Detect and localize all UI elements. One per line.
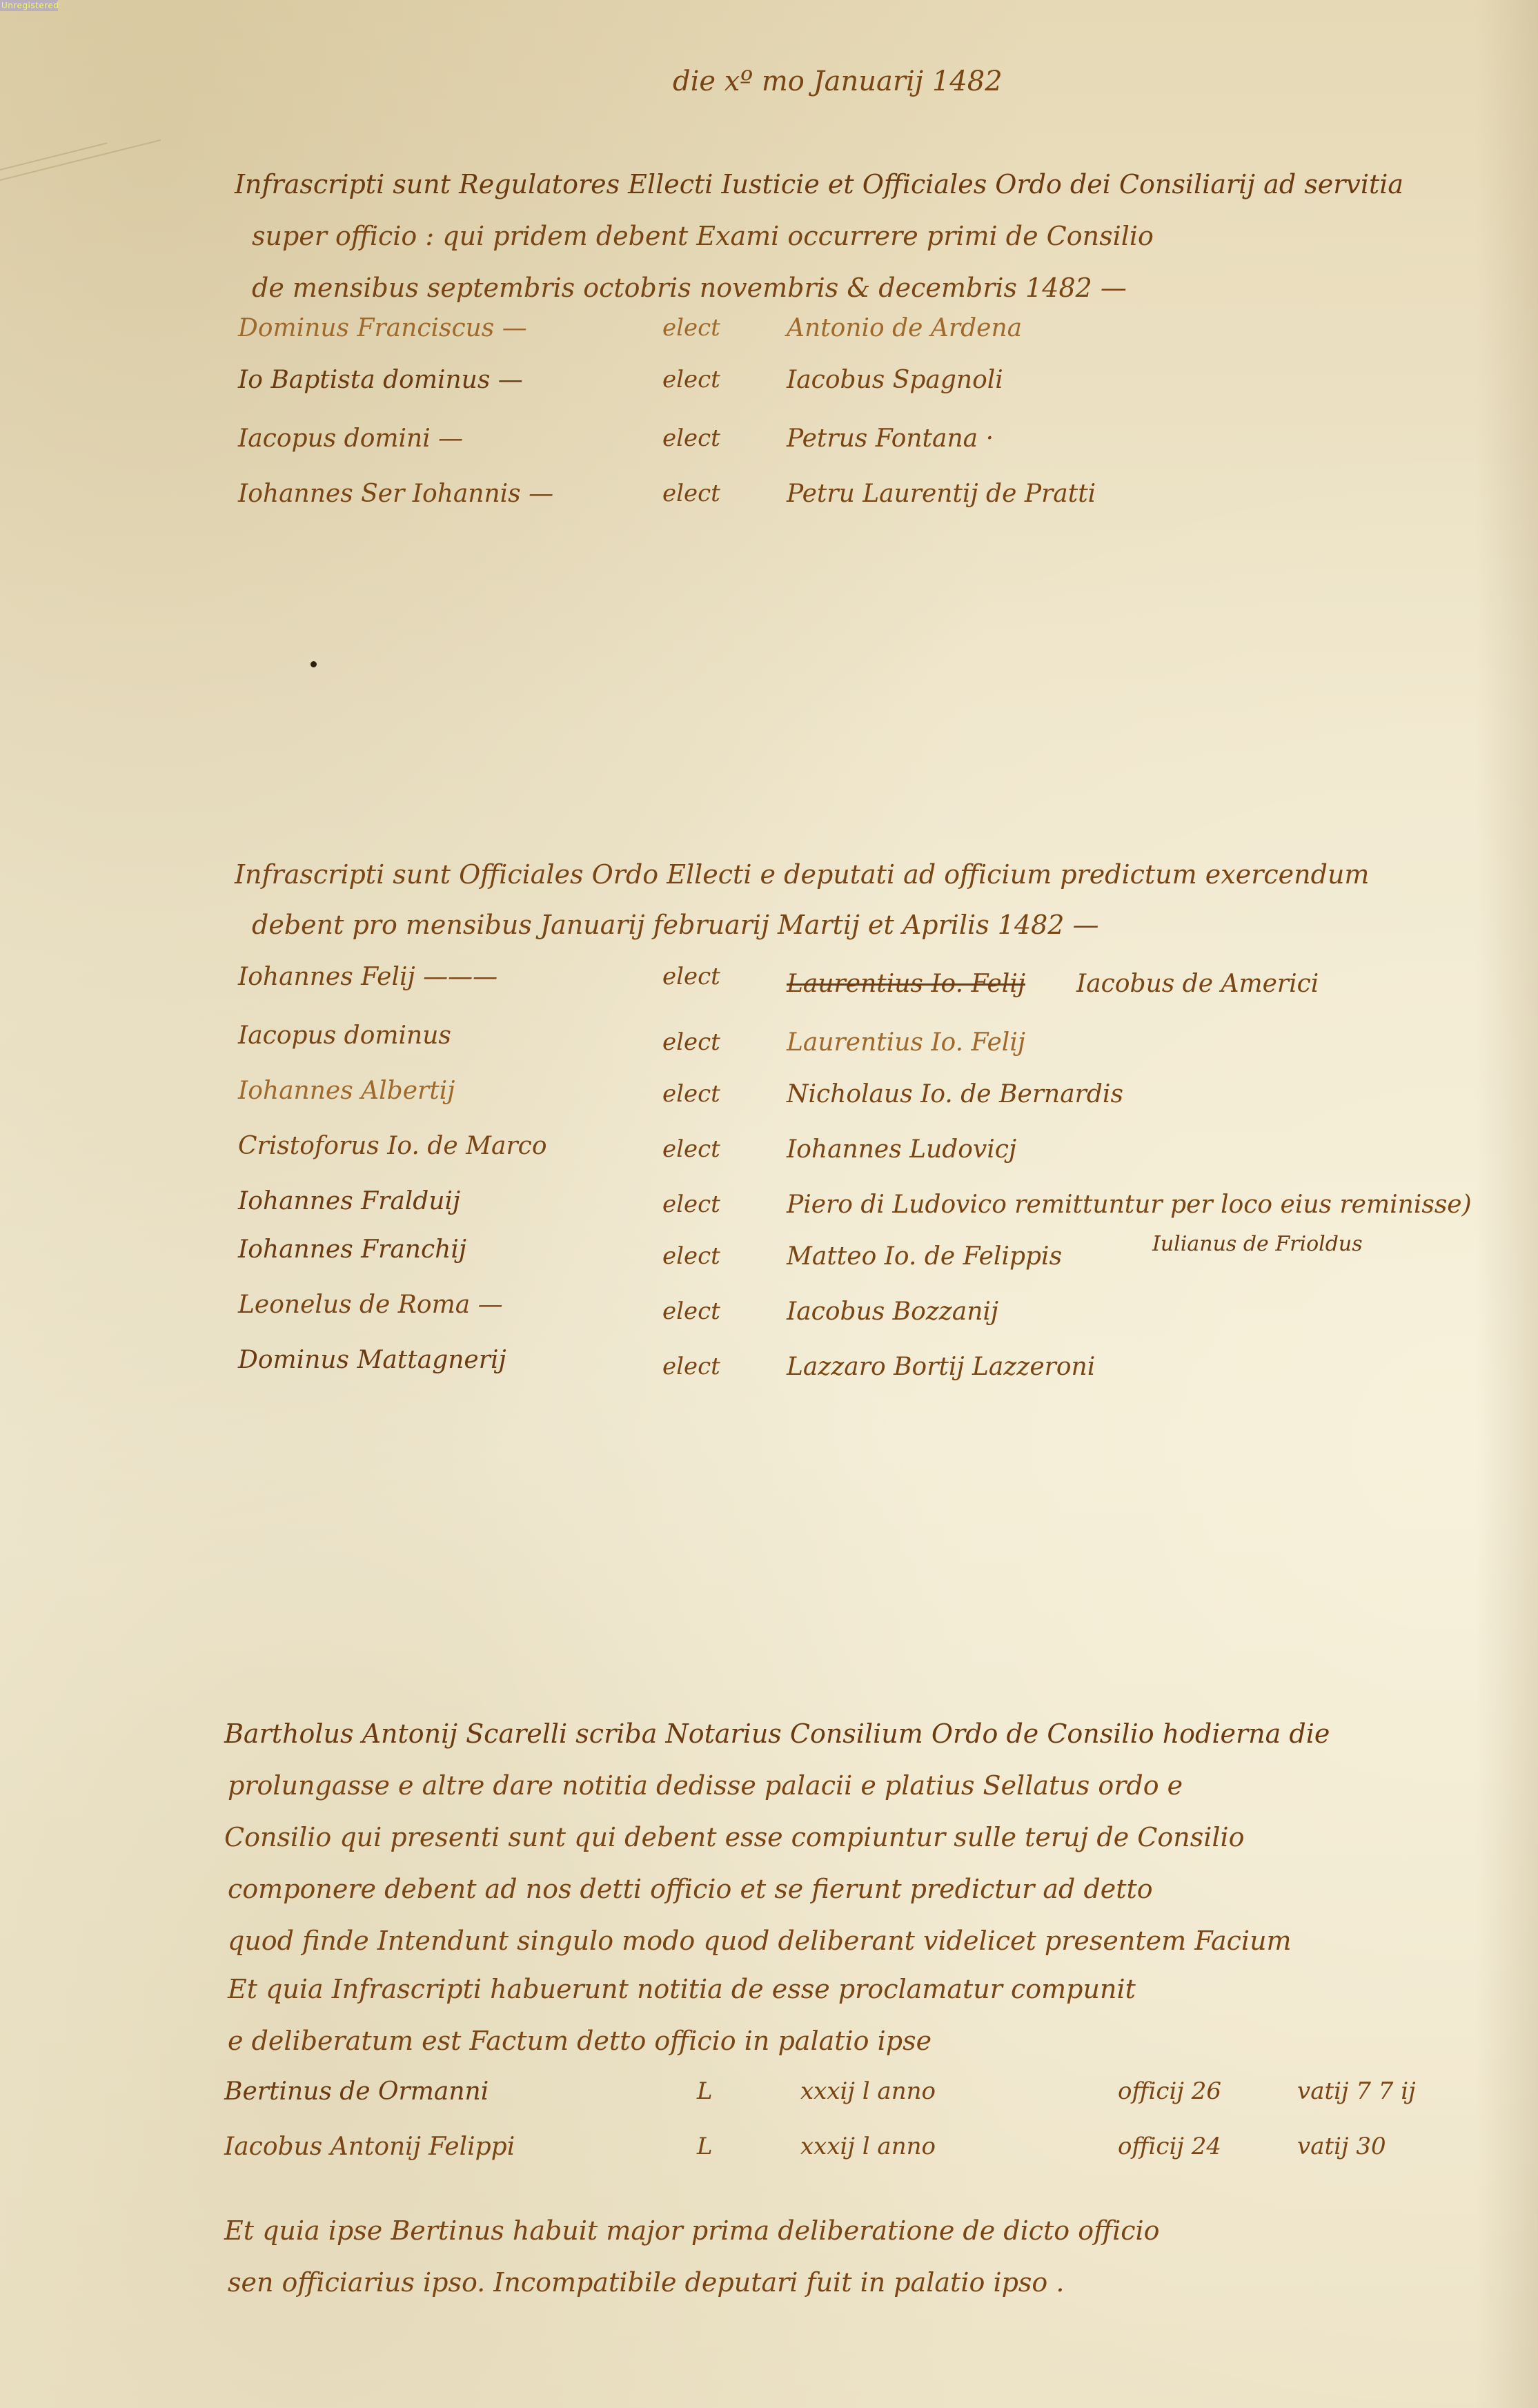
ledger-name: Bertinus de Ormanni <box>224 2077 489 2106</box>
substitute-name: Iacobus Spagnoli <box>787 366 1003 394</box>
section3-line: e deliberatum est Factum detto officio i… <box>228 2026 931 2056</box>
officeholder-name: Cristoforus Io. de Marco <box>238 1132 547 1160</box>
substitute-name: Petru Laurentij de Pratti <box>787 480 1096 508</box>
section3-line: Consilio qui presenti sunt qui debent es… <box>224 1822 1245 1852</box>
elect-mark: elect <box>662 1353 720 1380</box>
elect-mark: elect <box>662 314 720 342</box>
officeholder-name: Iohannes Franchij <box>238 1235 466 1264</box>
ledger-term: xxxij l anno <box>800 2133 936 2160</box>
elect-mark: elect <box>662 366 720 393</box>
substitute-name: Piero di Ludovico remittuntur per loco e… <box>787 1191 1472 1219</box>
substitute-name: Matteo Io. de Felippis <box>787 1242 1062 1271</box>
elect-mark: elect <box>662 1135 720 1163</box>
elect-mark: elect <box>662 424 720 452</box>
section2-line: Infrascripti sunt Officiales Ordo Ellect… <box>235 859 1369 890</box>
struck-substitute-name: Laurentius Io. Felij <box>787 970 1025 998</box>
section1-line: de mensibus septembris octobris novembri… <box>252 273 1127 303</box>
section1-line: super officio : qui pridem debent Exami … <box>252 221 1154 251</box>
officeholder-name: Dominus Franciscus — <box>238 314 527 342</box>
substitute-name: Nicholaus Io. de Bernardis <box>787 1080 1123 1108</box>
elect-mark: elect <box>662 1191 720 1218</box>
elect-mark: elect <box>662 963 720 990</box>
margin-note: Iulianus de Frioldus <box>1152 1232 1363 1256</box>
officeholder-name: Dominus Mattagnerij <box>238 1346 506 1374</box>
elect-mark: elect <box>662 1298 720 1325</box>
ledger-mark: L <box>697 2077 713 2105</box>
ledger-value: vatij 30 <box>1297 2133 1386 2160</box>
ledger-name: Iacobus Antonij Felippi <box>224 2133 515 2161</box>
section2-line: debent pro mensibus Januarij februarij M… <box>252 910 1099 940</box>
officeholder-name: Iohannes Felij ——— <box>238 963 497 991</box>
substitute-name: Iohannes Ludovicj <box>787 1135 1016 1164</box>
manuscript-page: Unregistered die xº mo Januarij 1482 Inf… <box>0 0 1538 2408</box>
ledger-office: officij 26 <box>1118 2077 1221 2105</box>
officeholder-name: Iacopus dominus <box>238 1021 451 1050</box>
section3-line: quod finde Intendunt singulo modo quod d… <box>228 1926 1292 1956</box>
officeholder-name: Iacopus domini — <box>238 424 463 453</box>
closing-line: sen officiarius ipso. Incompatibile depu… <box>228 2267 1064 2298</box>
ledger-value: vatij 7 7 ij <box>1297 2077 1416 2105</box>
officeholder-name: Iohannes Ser Iohannis — <box>238 480 553 508</box>
ledger-term: xxxij l anno <box>800 2077 936 2105</box>
section3-line: Et quia Infrascripti habuerunt notitia d… <box>228 1974 1136 2004</box>
ink-blot <box>310 661 317 667</box>
section3-line: Bartholus Antonij Scarelli scriba Notari… <box>224 1719 1330 1749</box>
officeholder-name: Iohannes Albertij <box>238 1077 455 1105</box>
elect-mark: elect <box>662 1080 720 1108</box>
substitute-name: Laurentius Io. Felij <box>787 1028 1025 1057</box>
substitute-name: Iacobus Bozzanij <box>787 1298 998 1326</box>
page-edge-shadow <box>1476 0 1538 2408</box>
officeholder-name: Leonelus de Roma — <box>238 1291 503 1319</box>
section3-line: prolungasse e altre dare notitia dedisse… <box>228 1770 1183 1801</box>
substitute-name: Antonio de Ardena <box>787 314 1022 342</box>
elect-mark: elect <box>662 480 720 507</box>
ledger-office: officij 24 <box>1118 2133 1221 2160</box>
faint-ruling <box>0 139 161 181</box>
elect-mark: elect <box>662 1242 720 1270</box>
officeholder-name: Iohannes Fralduij <box>238 1187 460 1215</box>
section3-line: componere debent ad nos detti officio et… <box>228 1874 1153 1904</box>
substitute-name: Lazzaro Bortij Lazzeroni <box>787 1353 1095 1381</box>
substitute-name: Iacobus de Americi <box>1076 970 1319 998</box>
unregistered-watermark: Unregistered <box>0 0 58 11</box>
ledger-mark: L <box>697 2133 713 2160</box>
date-heading: die xº mo Januarij 1482 <box>673 66 1003 97</box>
officeholder-name: Io Baptista dominus — <box>238 366 523 394</box>
elect-mark: elect <box>662 1028 720 1056</box>
closing-line: Et quia ipse Bertinus habuit major prima… <box>224 2215 1160 2246</box>
substitute-name: Petrus Fontana · <box>787 424 994 453</box>
section1-line: Infrascripti sunt Regulatores Ellecti Iu… <box>235 169 1403 199</box>
